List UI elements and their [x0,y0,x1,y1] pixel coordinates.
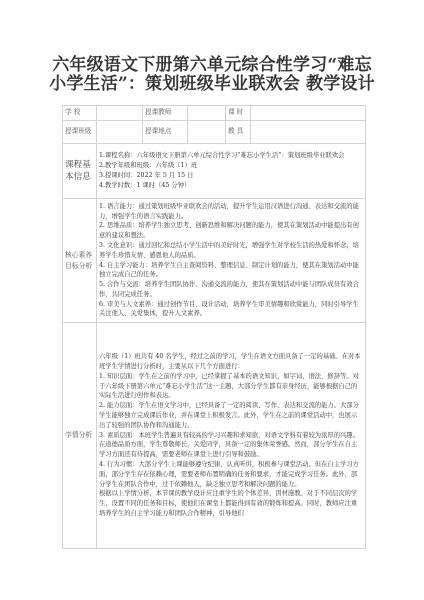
class-value [97,121,143,144]
school-value [97,106,143,121]
core-literacy-item: 1. 语言能力：通过策划班级毕业联欢会的活动，提升学生运用汉语进行沟通、表达和交… [99,202,363,222]
basic-info-content: 1.课程名称：六年级语文下册第六单元综合性学习“难忘小学生活”：策划班级毕业联欢… [97,144,366,199]
student-analysis-content: 六年级（1）班共有 40 名学生，经过之前的学习，学生在语文方面具备了一定的基础… [97,323,366,549]
location-value [188,121,226,144]
tools-value [251,121,366,144]
student-analysis-item: 根据以上学情分析，本节课的教学设计应注重学生的个体差异，因材施教。对于不同层次的… [99,489,363,518]
student-analysis-row: 学情分析 六年级（1）班共有 40 名学生，经过之前的学习，学生在语文方面具备了… [63,323,366,549]
location-label: 授课地点 [143,121,188,144]
basic-info-item: 3.授课时间：2022 年 5 月 15 日 [99,171,363,181]
student-analysis-item: 1. 知识层面：学生在之前的学习中，已经掌握了基本的语文知识，如字词、语法、修辞… [99,372,363,401]
document-title-line-2: 小学生活”：策划班级毕业联欢会 教学设计 [0,74,424,94]
student-analysis-item: 4. 行为习惯：大部分学生上课能够遵守纪律，认真听讲，积极参与课堂活动。但在自主… [99,460,363,489]
header-row-2: 授课班级 授课地点 教 具 [63,121,366,144]
period-value [251,106,366,121]
school-label: 学 校 [63,106,97,121]
teacher-label: 授课教师 [143,106,188,121]
core-literacy-row: 核心素养目标分析 1. 语言能力：通过策划班级毕业联欢会的活动，提升学生运用汉语… [63,199,366,323]
student-analysis-item: 六年级（1）班共有 40 名学生，经过之前的学习，学生在语文方面具备了一定的基础… [99,352,363,372]
core-literacy-content: 1. 语言能力：通过策划班级毕业联欢会的活动，提升学生运用汉语进行沟通、表达和交… [97,199,366,323]
core-literacy-item: 6. 审美与人文素养：通过创作节目、设计活动，培养学生审美情趣和欣赏能力，同时引… [99,300,363,320]
teacher-value [188,106,226,121]
tools-label: 教 具 [226,121,251,144]
student-analysis-label: 学情分析 [63,323,97,549]
basic-info-label: 课程基本信息 [63,144,97,199]
period-label: 课 时 [226,106,251,121]
student-analysis-item: 2. 能力层面：学生在语文学习中，已经具备了一定的阅读、写作、表达和交流的能力。… [99,401,363,430]
core-literacy-item: 5. 合作与交流：培养学生团队协作、沟通交流的能力，使其在策划活动中能与团队成员… [99,280,363,300]
basic-info-item: 2.教学年级和班级：六年级（1）班 [99,161,363,171]
lesson-plan-table: 学 校 授课教师 课 时 授课班级 授课地点 教 具 课程基本信息 1.课程名称… [62,105,366,549]
document-page: 六年级语文下册第六单元综合性学习“难忘 小学生活”：策划班级毕业联欢会 教学设计… [0,0,424,600]
class-label: 授课班级 [63,121,97,144]
basic-info-row: 课程基本信息 1.课程名称：六年级语文下册第六单元综合性学习“难忘小学生活”：策… [63,144,366,199]
student-analysis-item: 3. 素质层面：本班学生普遍具有较高的学习兴趣和求知欲，对语文学科有着较为浓厚的… [99,431,363,460]
core-literacy-item: 3. 文化意识：通过回忆和总结小学生活中的美好时光，增强学生对学校生活的热爱和怀… [99,241,363,261]
header-row-1: 学 校 授课教师 课 时 [63,106,366,121]
basic-info-item: 4.教学时数：1 课时（45 分钟） [99,181,363,191]
document-title-line-1: 六年级语文下册第六单元综合性学习“难忘 [0,55,424,75]
core-literacy-item: 2. 思维品质：培养学生独立思考、创新思维和解决问题的能力，使其在策划活动中能提… [99,221,363,241]
basic-info-item: 1.课程名称：六年级语文下册第六单元综合性学习“难忘小学生活”：策划班级毕业联欢… [99,151,363,161]
core-literacy-item: 4. 自主学习能力：培养学生自主查阅资料、整理信息、制定计划的能力，使其在策划活… [99,261,363,281]
core-literacy-label: 核心素养目标分析 [63,199,97,323]
